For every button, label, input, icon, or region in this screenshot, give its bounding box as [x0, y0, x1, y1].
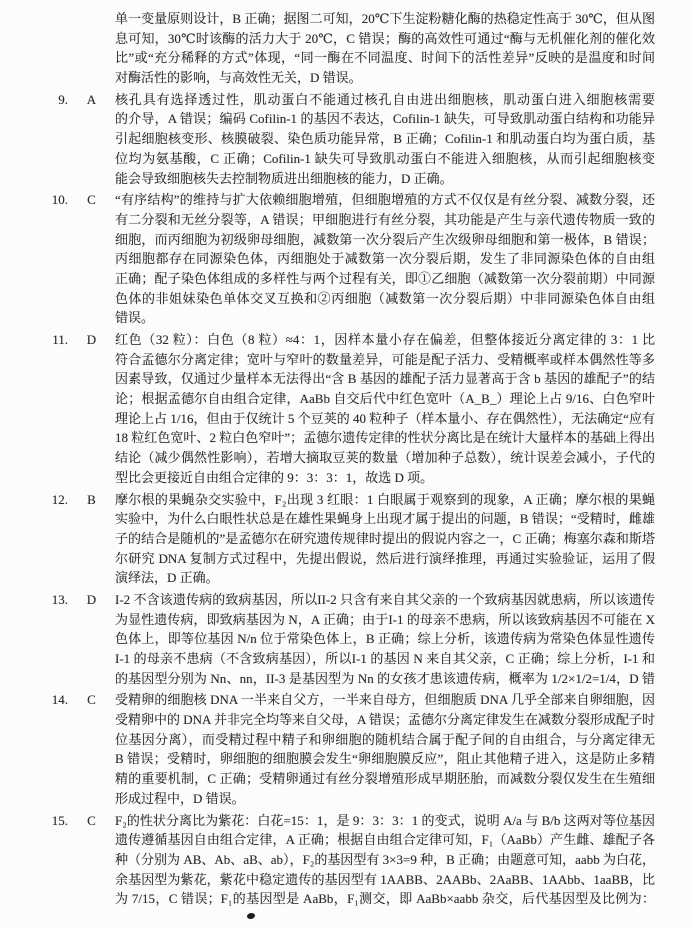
answer-item: 13. D I-2 不含该遗传病的致病基因，所以II-2 只含有来自其父亲的一个… — [44, 590, 655, 688]
text-line: 形成过程中，D 错误。 — [115, 789, 655, 809]
text-line: 对酶活性的影响，与高效性无关，D 错误。 — [115, 68, 655, 88]
text-line: 为 7/15，C 错误；F₁的基因型是 AaBb，F₁测交，即 AaBb×aab… — [115, 889, 655, 909]
answer-item: 10. C “有序结构”的维持与扩大依赖细胞增殖，但细胞增殖的方式不仅仅是有丝分… — [44, 190, 655, 328]
text-line: 因素导致，仅通过少量样本无法得出“含 B 基因的雄配子活力显著高于含 b 基因的… — [115, 369, 655, 389]
item-number: 9. — [44, 90, 68, 188]
text-line: I-1 的母亲不患病（不含致病基因），所以I-1 的基因 N 来自其父亲，C 正… — [115, 649, 655, 669]
answer-item: 11. D 红色（32 粒）：白色（8 粒）≈4：1，因样本量小存在偏差，但整体… — [44, 330, 655, 488]
text-line: 有二分裂和无丝分裂等，A 错误；甲细胞进行有丝分裂，其功能是产生与亲代遗传物质一… — [115, 210, 655, 230]
item-body: 核孔具有选择透过性，肌动蛋白不能通过核孔自由进出细胞核，肌动蛋白进入细胞核需要 … — [115, 90, 655, 188]
answer-list: 单一变量原则设计，B 正确；据图二可知，20℃下生淀粉糖化酶的热稳定性高于 30… — [0, 0, 692, 909]
text-line: 精的重要机制，C 正确；受精卵通过有丝分裂增殖形成早期胚胎，而减数分裂仅发生在生… — [115, 769, 655, 789]
text-line: 位均为氨基酸，C 正确；Cofilin-1 缺失可导致肌动蛋白不能进入细胞核，从… — [115, 149, 655, 169]
item-answer-letter — [68, 9, 115, 88]
item-answer-letter: C — [68, 811, 115, 909]
ink-mark — [246, 912, 255, 920]
text-line: 丙细胞都存在同源染色体，丙细胞处于减数第一次分裂后期，发生了非同源染色体的自由组… — [115, 249, 655, 269]
item-body: 受精卵的细胞核 DNA 一半来自父方，一半来自母方，但细胞质 DNA 几乎全部来… — [115, 690, 655, 808]
text-line: 位基因分离），而受精过程中精子和卵细胞的随机结合属于配子间的自由组合，与分离定律… — [115, 730, 655, 750]
text-line: 论；根据孟德尔自由组合定律，AaBb 自交后代中红色宽叶（A_B_）理论上占 9… — [115, 389, 655, 409]
text-line: B 错误；受精时，卵细胞的细胞膜会发生“卵细胞膜反应”，阻止其他精子进入，这是防… — [115, 749, 655, 769]
text-line: 单一变量原则设计，B 正确；据图二可知，20℃下生淀粉糖化酶的热稳定性高于 30… — [115, 9, 655, 29]
item-body: F₂的性状分离比为紫花：白花=15：1，是 9：3：3：1 的变式，说明 A/a… — [115, 811, 655, 909]
text-line: 摩尔根的果蝇杂交实验中，F₂出现 3 红眼：1 白眼属于观察到的现象，A 正确；… — [115, 490, 655, 510]
item-body: I-2 不含该遗传病的致病基因，所以II-2 只含有来自其父亲的一个致病基因就患… — [115, 590, 655, 688]
item-number: 12. — [44, 490, 68, 588]
text-line: 的基因型分别为 Nn、nn，II-3 是基因型为 Nn 的女孩才患该遗传病，概率… — [115, 669, 655, 689]
text-line: 符合孟德尔分离定律；宽叶与窄叶的数量差异，可能是配子活力、受精概率或样本偶然性等… — [115, 350, 655, 370]
text-line: 遗传遵循基因自由组合定律，A 正确；根据自由组合定律可知，F₁（AaBb）产生雌… — [115, 830, 655, 850]
item-answer-letter: D — [68, 590, 115, 688]
text-line: 受精卵中的 DNA 并非完全均等来自父母，A 错误；孟德尔分离定律发生在减数分裂… — [115, 710, 655, 730]
text-line: 正确；配子染色体组成的多样性与两个过程有关，即①乙细胞（减数第一次分裂前期）中同… — [115, 269, 655, 289]
item-answer-letter: B — [68, 490, 115, 588]
item-number — [44, 9, 68, 88]
text-line: 引起细胞核变形、核膜破裂、染色质功能异常，B 正确；Cofilin-1 和肌动蛋… — [115, 129, 655, 149]
answer-item: 14. C 受精卵的细胞核 DNA 一半来自父方，一半来自母方，但细胞质 DNA… — [44, 690, 655, 808]
text-line: 的介导，A 错误；编码 Cofilin-1 的基因不表达，Cofilin-1 缺… — [115, 109, 655, 129]
text-line: 红色（32 粒）：白色（8 粒）≈4：1，因样本量小存在偏差，但整体接近分离定律… — [115, 330, 655, 350]
scanned-answer-page: 单一变量原则设计，B 正确；据图二可知，20℃下生淀粉糖化酶的热稳定性高于 30… — [0, 0, 692, 929]
text-line: F₂的性状分离比为紫花：白花=15：1，是 9：3：3：1 的变式，说明 A/a… — [115, 811, 655, 831]
item-number: 14. — [44, 690, 68, 808]
text-line: 息可知，30℃时该酶的活力大于 20℃，C 错误；酶的高效性可通过“酶与无机催化… — [115, 29, 655, 49]
text-line: 演绎法，D 正确。 — [115, 568, 655, 588]
answer-item: 9. A 核孔具有选择透过性，肌动蛋白不能通过核孔自由进出细胞核，肌动蛋白进入细… — [44, 90, 655, 188]
answer-item: 12. B 摩尔根的果蝇杂交实验中，F₂出现 3 红眼：1 白眼属于观察到的现象… — [44, 490, 655, 588]
answer-item: 单一变量原则设计，B 正确；据图二可知，20℃下生淀粉糖化酶的热稳定性高于 30… — [44, 9, 655, 88]
text-line: 色体的非姐妹染色单体交叉互换和②丙细胞（减数第一次分裂后期）中非同源染色体自由组… — [115, 289, 655, 309]
text-line: 能会导致细胞核失去控制物质进出细胞核的能力，D 正确。 — [115, 169, 655, 189]
text-line: 实验中，为什么白眼性状总是在雄性果蝇身上出现才属于提出的问题，B 错误；“受精时… — [115, 509, 655, 529]
text-line: 18 粒红色宽叶、2 粒白色窄叶”；孟德尔遗传定律的性状分离比是在统计大量样本的… — [115, 428, 655, 448]
text-line: 理论上占 1/16，但由于仅统计 5 个豆荚的 40 粒种子（样本量小、存在偶然… — [115, 409, 655, 429]
text-line: 尔研究 DNA 复制方式过程中，先提出假说，然后进行演绎推理，再通过实验验证，运… — [115, 549, 655, 569]
item-number: 10. — [44, 190, 68, 328]
text-line: 受精卵的细胞核 DNA 一半来自父方，一半来自母方，但细胞质 DNA 几乎全部来… — [115, 690, 655, 710]
text-line: 色体上，即等位基因 N/n 位于常染色体上，B 正确；综上分析，该遗传病为常染色… — [115, 629, 655, 649]
text-line: 子的结合是随机的”是孟德尔在研究遗传规律时提出的假说内容之一，C 正确；梅塞尔森… — [115, 529, 655, 549]
item-answer-letter: A — [68, 90, 115, 188]
item-answer-letter: C — [68, 190, 115, 328]
text-line: “有序结构”的维持与扩大依赖细胞增殖，但细胞增殖的方式不仅仅是有丝分裂、减数分裂… — [115, 190, 655, 210]
text-line: 为显性遗传病，即致病基因为 N，A 正确；由于I-1 的母亲不患病，所以该致病基… — [115, 610, 655, 630]
text-line: 余基因型为紫花，紫花中稳定遗传的基因型有 1AABB、2AABb、2AaBB、1… — [115, 870, 655, 890]
item-body: 摩尔根的果蝇杂交实验中，F₂出现 3 红眼：1 白眼属于观察到的现象，A 正确；… — [115, 490, 655, 588]
text-line: I-2 不含该遗传病的致病基因，所以II-2 只含有来自其父亲的一个致病基因就患… — [115, 590, 655, 610]
text-line: 核孔具有选择透过性，肌动蛋白不能通过核孔自由进出细胞核，肌动蛋白进入细胞核需要 … — [115, 90, 655, 110]
text-line: 错误。 — [115, 308, 655, 328]
text-line: 型比会更接近自由组合定律的 9：3：3：1，故选 D 项。 — [115, 468, 655, 488]
answer-item: 15. C F₂的性状分离比为紫花：白花=15：1，是 9：3：3：1 的变式，… — [44, 811, 655, 909]
item-body: 红色（32 粒）：白色（8 粒）≈4：1，因样本量小存在偏差，但整体接近分离定律… — [115, 330, 655, 488]
text-line: 结论（减少偶然性影响），若增大摘取豆荚的数量（增加种子总数），统计误差会减小，子… — [115, 448, 655, 468]
text-line: 种（分别为 AB、Ab、aB、ab），F₂的基因型有 3×3=9 种，B 正确；… — [115, 850, 655, 870]
item-number: 13. — [44, 590, 68, 688]
item-answer-letter: D — [68, 330, 115, 488]
item-answer-letter: C — [68, 690, 115, 808]
item-number: 15. — [44, 811, 68, 909]
text-line: 细胞，而丙细胞为初级卵母细胞，减数第一次分裂后产生次级卵母细胞和第一极体，B 错… — [115, 230, 655, 250]
item-body: “有序结构”的维持与扩大依赖细胞增殖，但细胞增殖的方式不仅仅是有丝分裂、减数分裂… — [115, 190, 655, 328]
item-body: 单一变量原则设计，B 正确；据图二可知，20℃下生淀粉糖化酶的热稳定性高于 30… — [115, 9, 655, 88]
item-number: 11. — [44, 330, 68, 488]
text-line: 比”或“充分稀释的方式”体现，“同一酶在不同温度、时间下的活性差异”反映的是温度… — [115, 48, 655, 68]
